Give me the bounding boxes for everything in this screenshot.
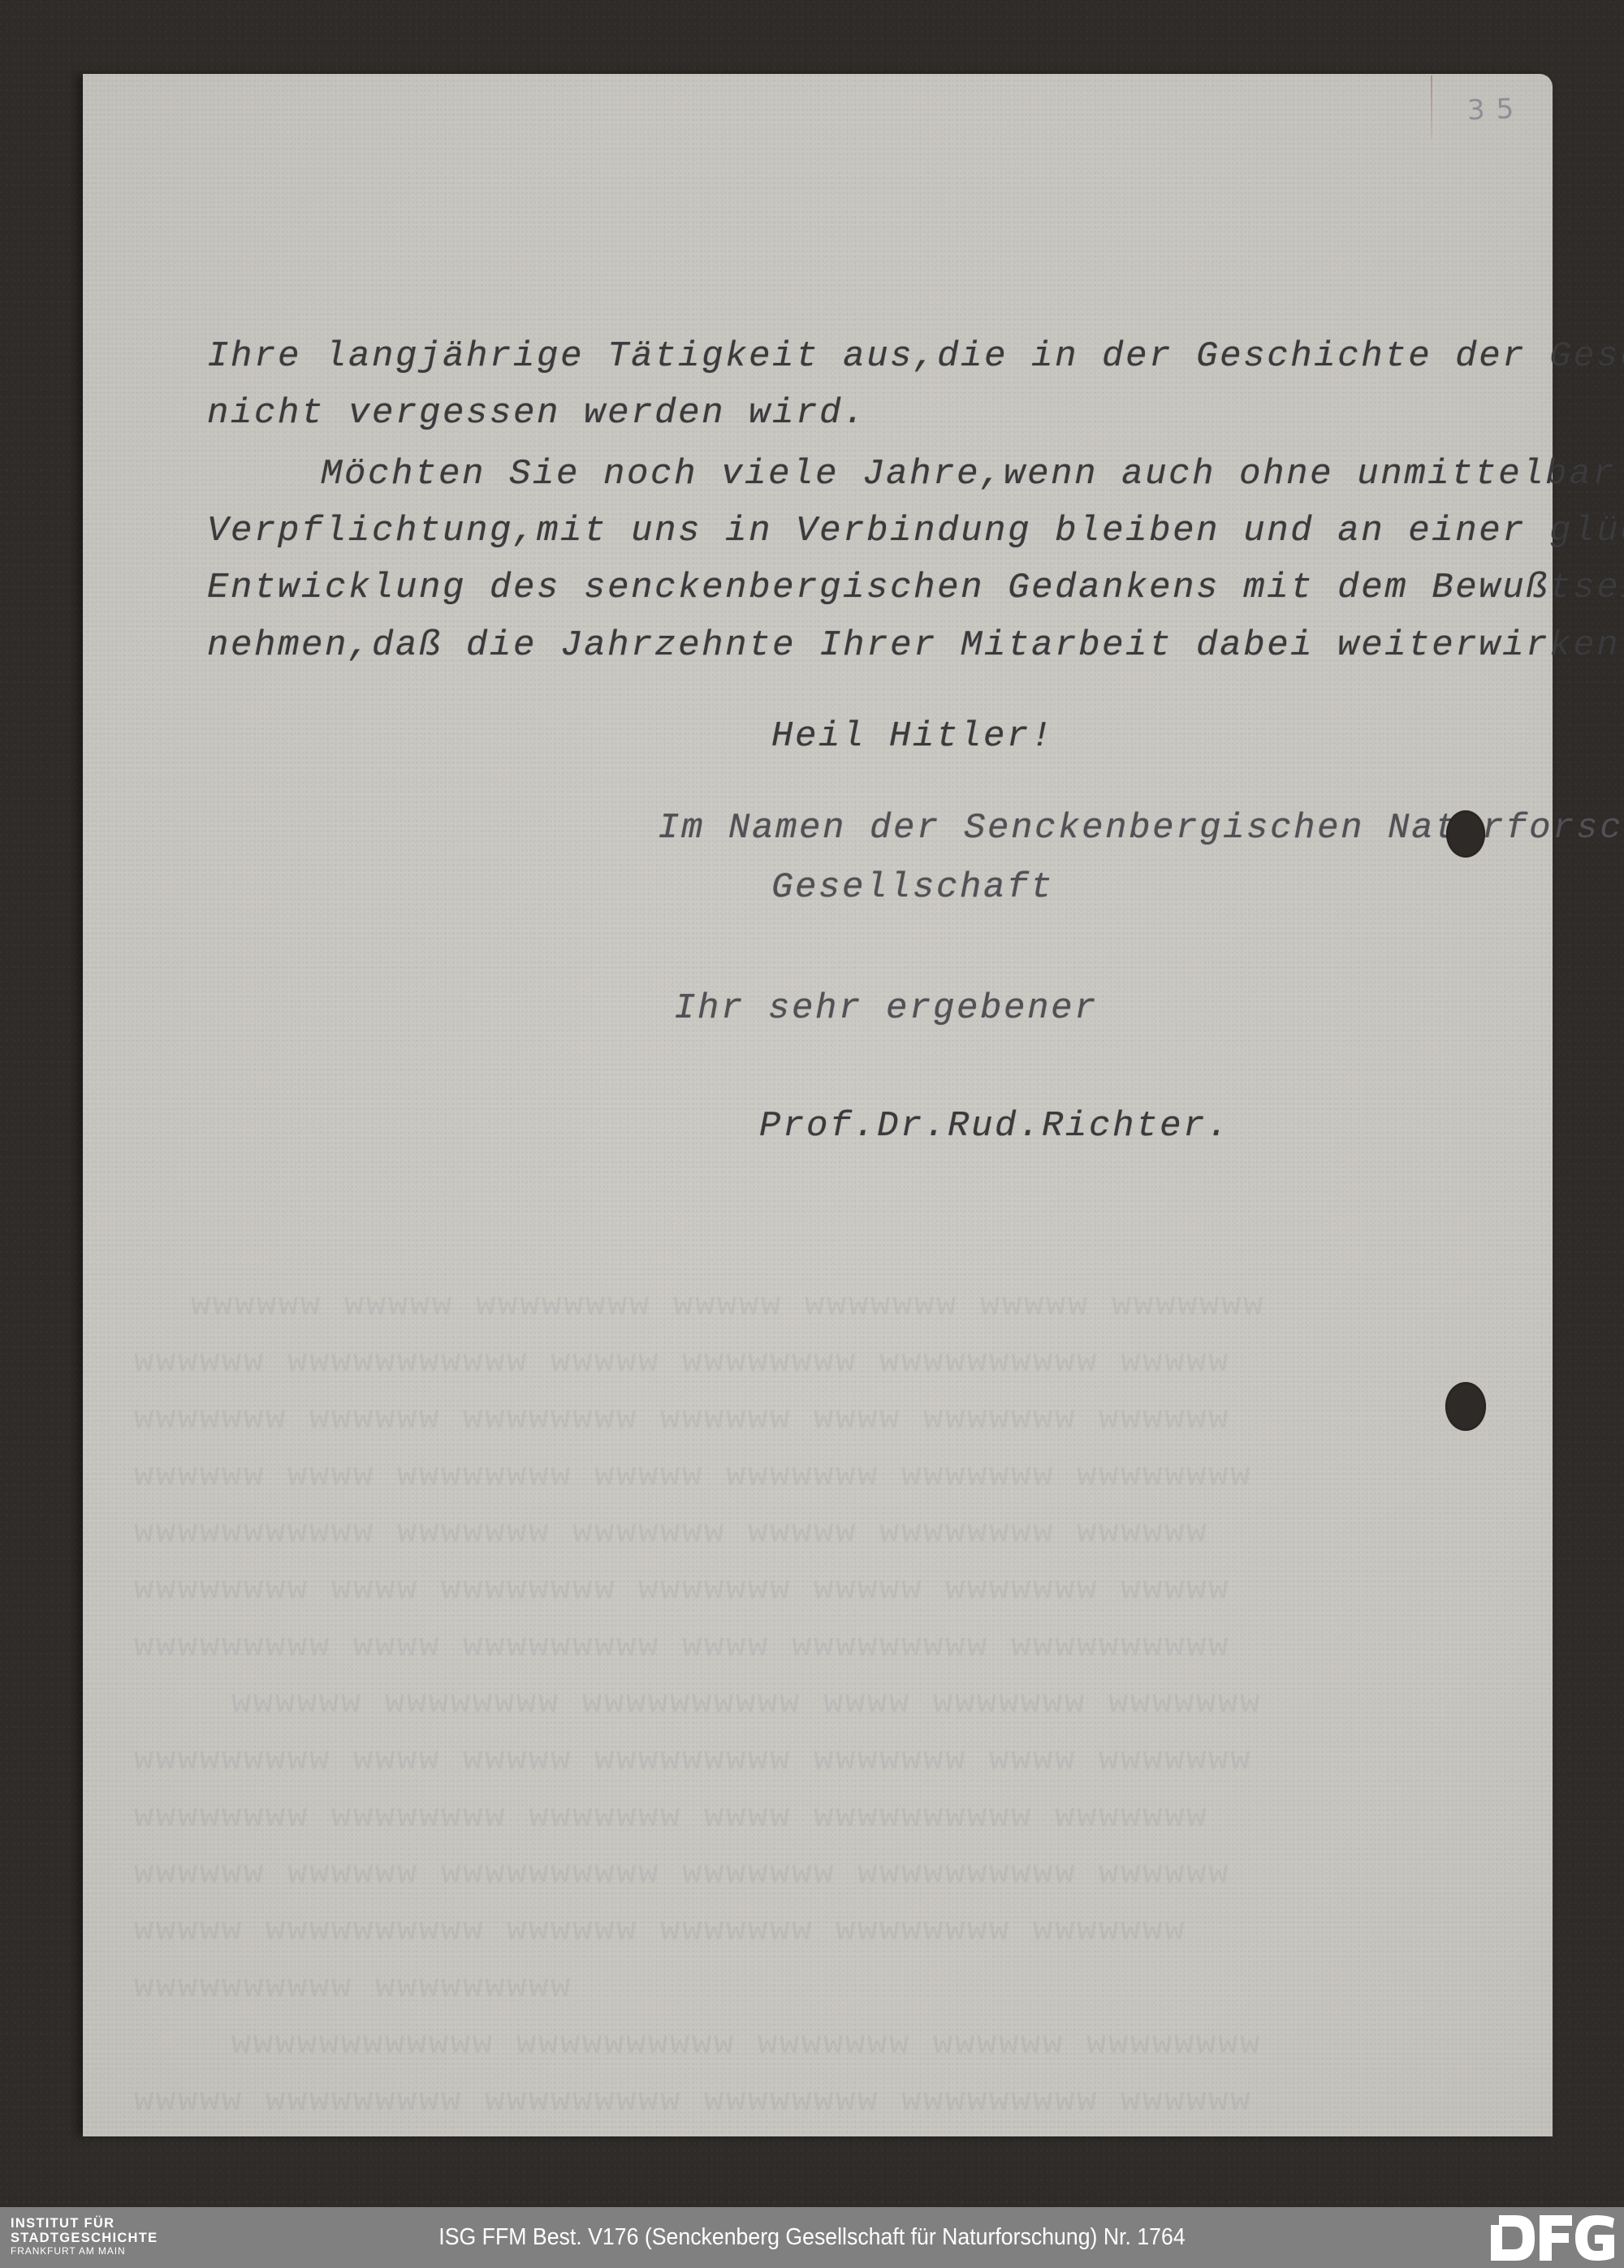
- dfg-logo-icon: [1491, 2215, 1614, 2261]
- signature-organization-line: Gesellschaft: [771, 870, 1054, 905]
- show-through-texture: wwwwww wwwwwwwwww wwwwwww wwwwwwwwww www…: [132, 1856, 1228, 1893]
- letter-body-line: nicht vergessen werden wird.: [207, 395, 866, 431]
- show-through-texture: wwwwwww wwww wwwwwww wwwwwwwww wwwww www…: [132, 1743, 1250, 1779]
- pencil-mark: [1431, 76, 1432, 139]
- document-page: 35 wwwwwww wwwww wwwwwww wwwww wwwwwwww …: [83, 74, 1553, 2136]
- archive-footer-bar: INSTITUT FÜR STADTGESCHICHTE FRANKFURT A…: [0, 2207, 1624, 2268]
- show-through-texture: wwwwwww wwwwwwww wwwwwww wwwwww wwwwwwww…: [132, 1913, 1184, 1950]
- show-through-texture: wwwwwww wwwwwwwwww wwww wwwwwww wwwwwwww…: [132, 1799, 1206, 1836]
- show-through-texture: wwwwwwww wwwwwww wwwwwww wwwww wwwwwwww …: [132, 1458, 1250, 1495]
- show-through-texture: wwwwwwwww wwwwwwwwww: [132, 1970, 570, 2007]
- show-through-texture: wwwwww wwwwwwwww wwwwwwww wwwwwwwww wwww…: [132, 2084, 1250, 2120]
- archive-citation: ISG FFM Best. V176 (Senckenberg Gesellsc…: [65, 2207, 1559, 2268]
- signature-closing: Ihr sehr ergebener: [674, 991, 1098, 1026]
- show-through-texture: wwwwwww wwwwwww wwww wwwwwwwwww wwwwwwww…: [229, 1686, 1259, 1722]
- signature-name: Prof.Dr.Rud.Richter.: [759, 1108, 1230, 1144]
- letter-body-line: Verpflichtung,mit uns in Verbindung blei…: [207, 513, 1624, 549]
- letter-body-line: nehmen,daß die Jahrzehnte Ihrer Mitarbei…: [207, 628, 1624, 663]
- greeting: Heil Hitler!: [771, 719, 1054, 754]
- punch-hole: [1446, 810, 1485, 858]
- show-through-texture: wwwww wwwwwwwwww wwwwwwww wwwww wwwwwwww…: [132, 1345, 1228, 1381]
- show-through-texture: wwwwwwwwww wwwwwwwww wwww wwwwwwwww wwww…: [132, 1629, 1228, 1665]
- show-through-texture: wwwwwww wwwww wwwwwww wwwww wwwwwwww www…: [188, 1288, 1263, 1324]
- letter-body-line: Möchten Sie noch viele Jahre,wenn auch o…: [321, 456, 1624, 492]
- handwritten-page-number: 35: [1466, 93, 1526, 127]
- punch-hole: [1445, 1382, 1486, 1431]
- show-through-texture: wwwwww wwwwwwww wwwww wwwwwww wwwwwww ww…: [132, 1515, 1206, 1552]
- show-through-texture: wwwwww wwwwwww wwww wwwwww wwwwwwww wwww…: [132, 1402, 1228, 1438]
- show-through-texture: wwwwwwww wwwwww wwwwwww wwwwwwwwww wwwww…: [229, 2027, 1259, 2063]
- letter-body-line: Entwicklung des senckenbergischen Gedank…: [207, 570, 1624, 606]
- letter-body-line: Ihre langjährige Tätigkeit aus,die in de…: [207, 339, 1624, 374]
- show-through-texture: wwwww wwwwwww wwwww wwwwwww wwwwwwww www…: [132, 1572, 1228, 1609]
